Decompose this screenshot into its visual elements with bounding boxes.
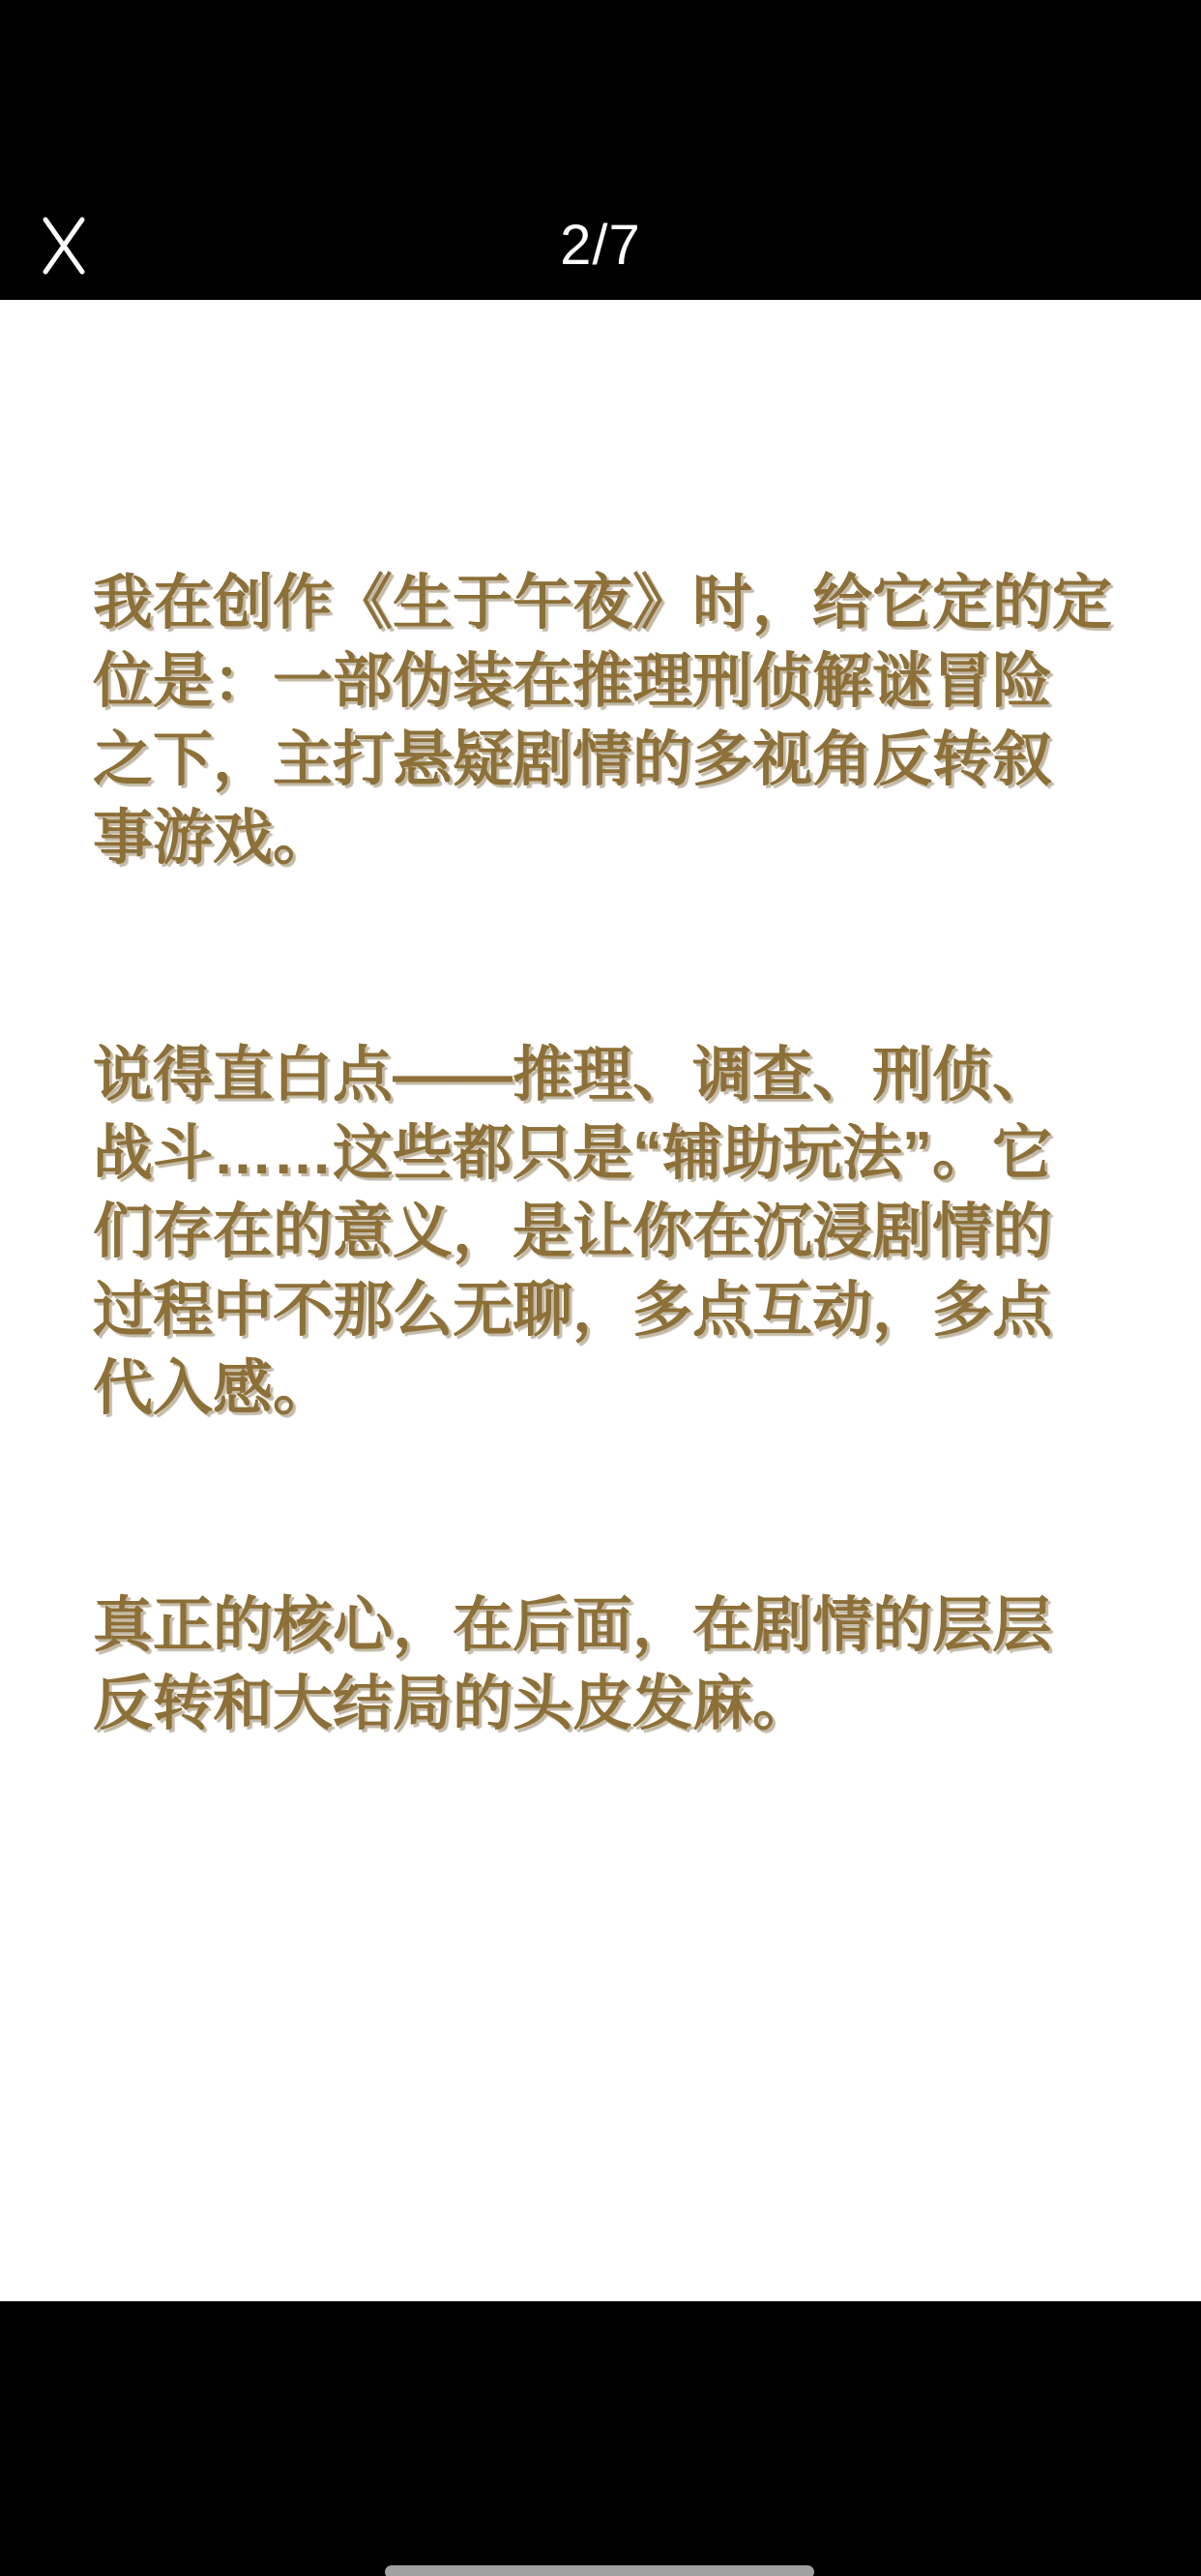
page-indicator: 2/7 <box>0 211 1201 281</box>
text-line: 说得直白点——推理、调查、刑侦、 <box>93 1036 1114 1114</box>
paragraph-3: 真正的核心，在后面，在剧情的层层 反转和大结局的头皮发麻。 <box>93 1586 1114 1743</box>
text-line: 我在创作《生于午夜》时，给它定的定 <box>93 564 1114 642</box>
text-line: 之下，主打悬疑剧情的多视角反转叙 <box>93 721 1114 799</box>
home-indicator[interactable] <box>385 2565 814 2576</box>
viewer-header: 2/7 <box>0 0 1201 300</box>
text-line: 位是：一部伪装在推理刑侦解谜冒险 <box>93 642 1114 721</box>
bottom-letterbox <box>0 2301 1201 2576</box>
text-line: 真正的核心，在后面，在剧情的层层 <box>93 1586 1114 1665</box>
text-line: 反转和大结局的头皮发麻。 <box>93 1665 1114 1743</box>
text-line: 事游戏。 <box>93 799 1114 877</box>
image-viewer-screen: 2/7 我在创作《生于午夜》时，给它定的定 位是：一部伪装在推理刑侦解谜冒险 之… <box>0 0 1201 2576</box>
text-line: 战斗……这些都只是“辅助玩法”。它 <box>93 1114 1114 1193</box>
paragraph-1: 我在创作《生于午夜》时，给它定的定 位是：一部伪装在推理刑侦解谜冒险 之下，主打… <box>93 564 1114 877</box>
text-line: 代入感。 <box>93 1349 1114 1428</box>
paragraph-2: 说得直白点——推理、调查、刑侦、 战斗……这些都只是“辅助玩法”。它 们存在的意… <box>93 1036 1114 1428</box>
text-line: 们存在的意义，是让你在沉浸剧情的 <box>93 1193 1114 1271</box>
image-content[interactable]: 我在创作《生于午夜》时，给它定的定 位是：一部伪装在推理刑侦解谜冒险 之下，主打… <box>0 300 1201 2301</box>
text-line: 过程中不那么无聊，多点互动，多点 <box>93 1271 1114 1349</box>
